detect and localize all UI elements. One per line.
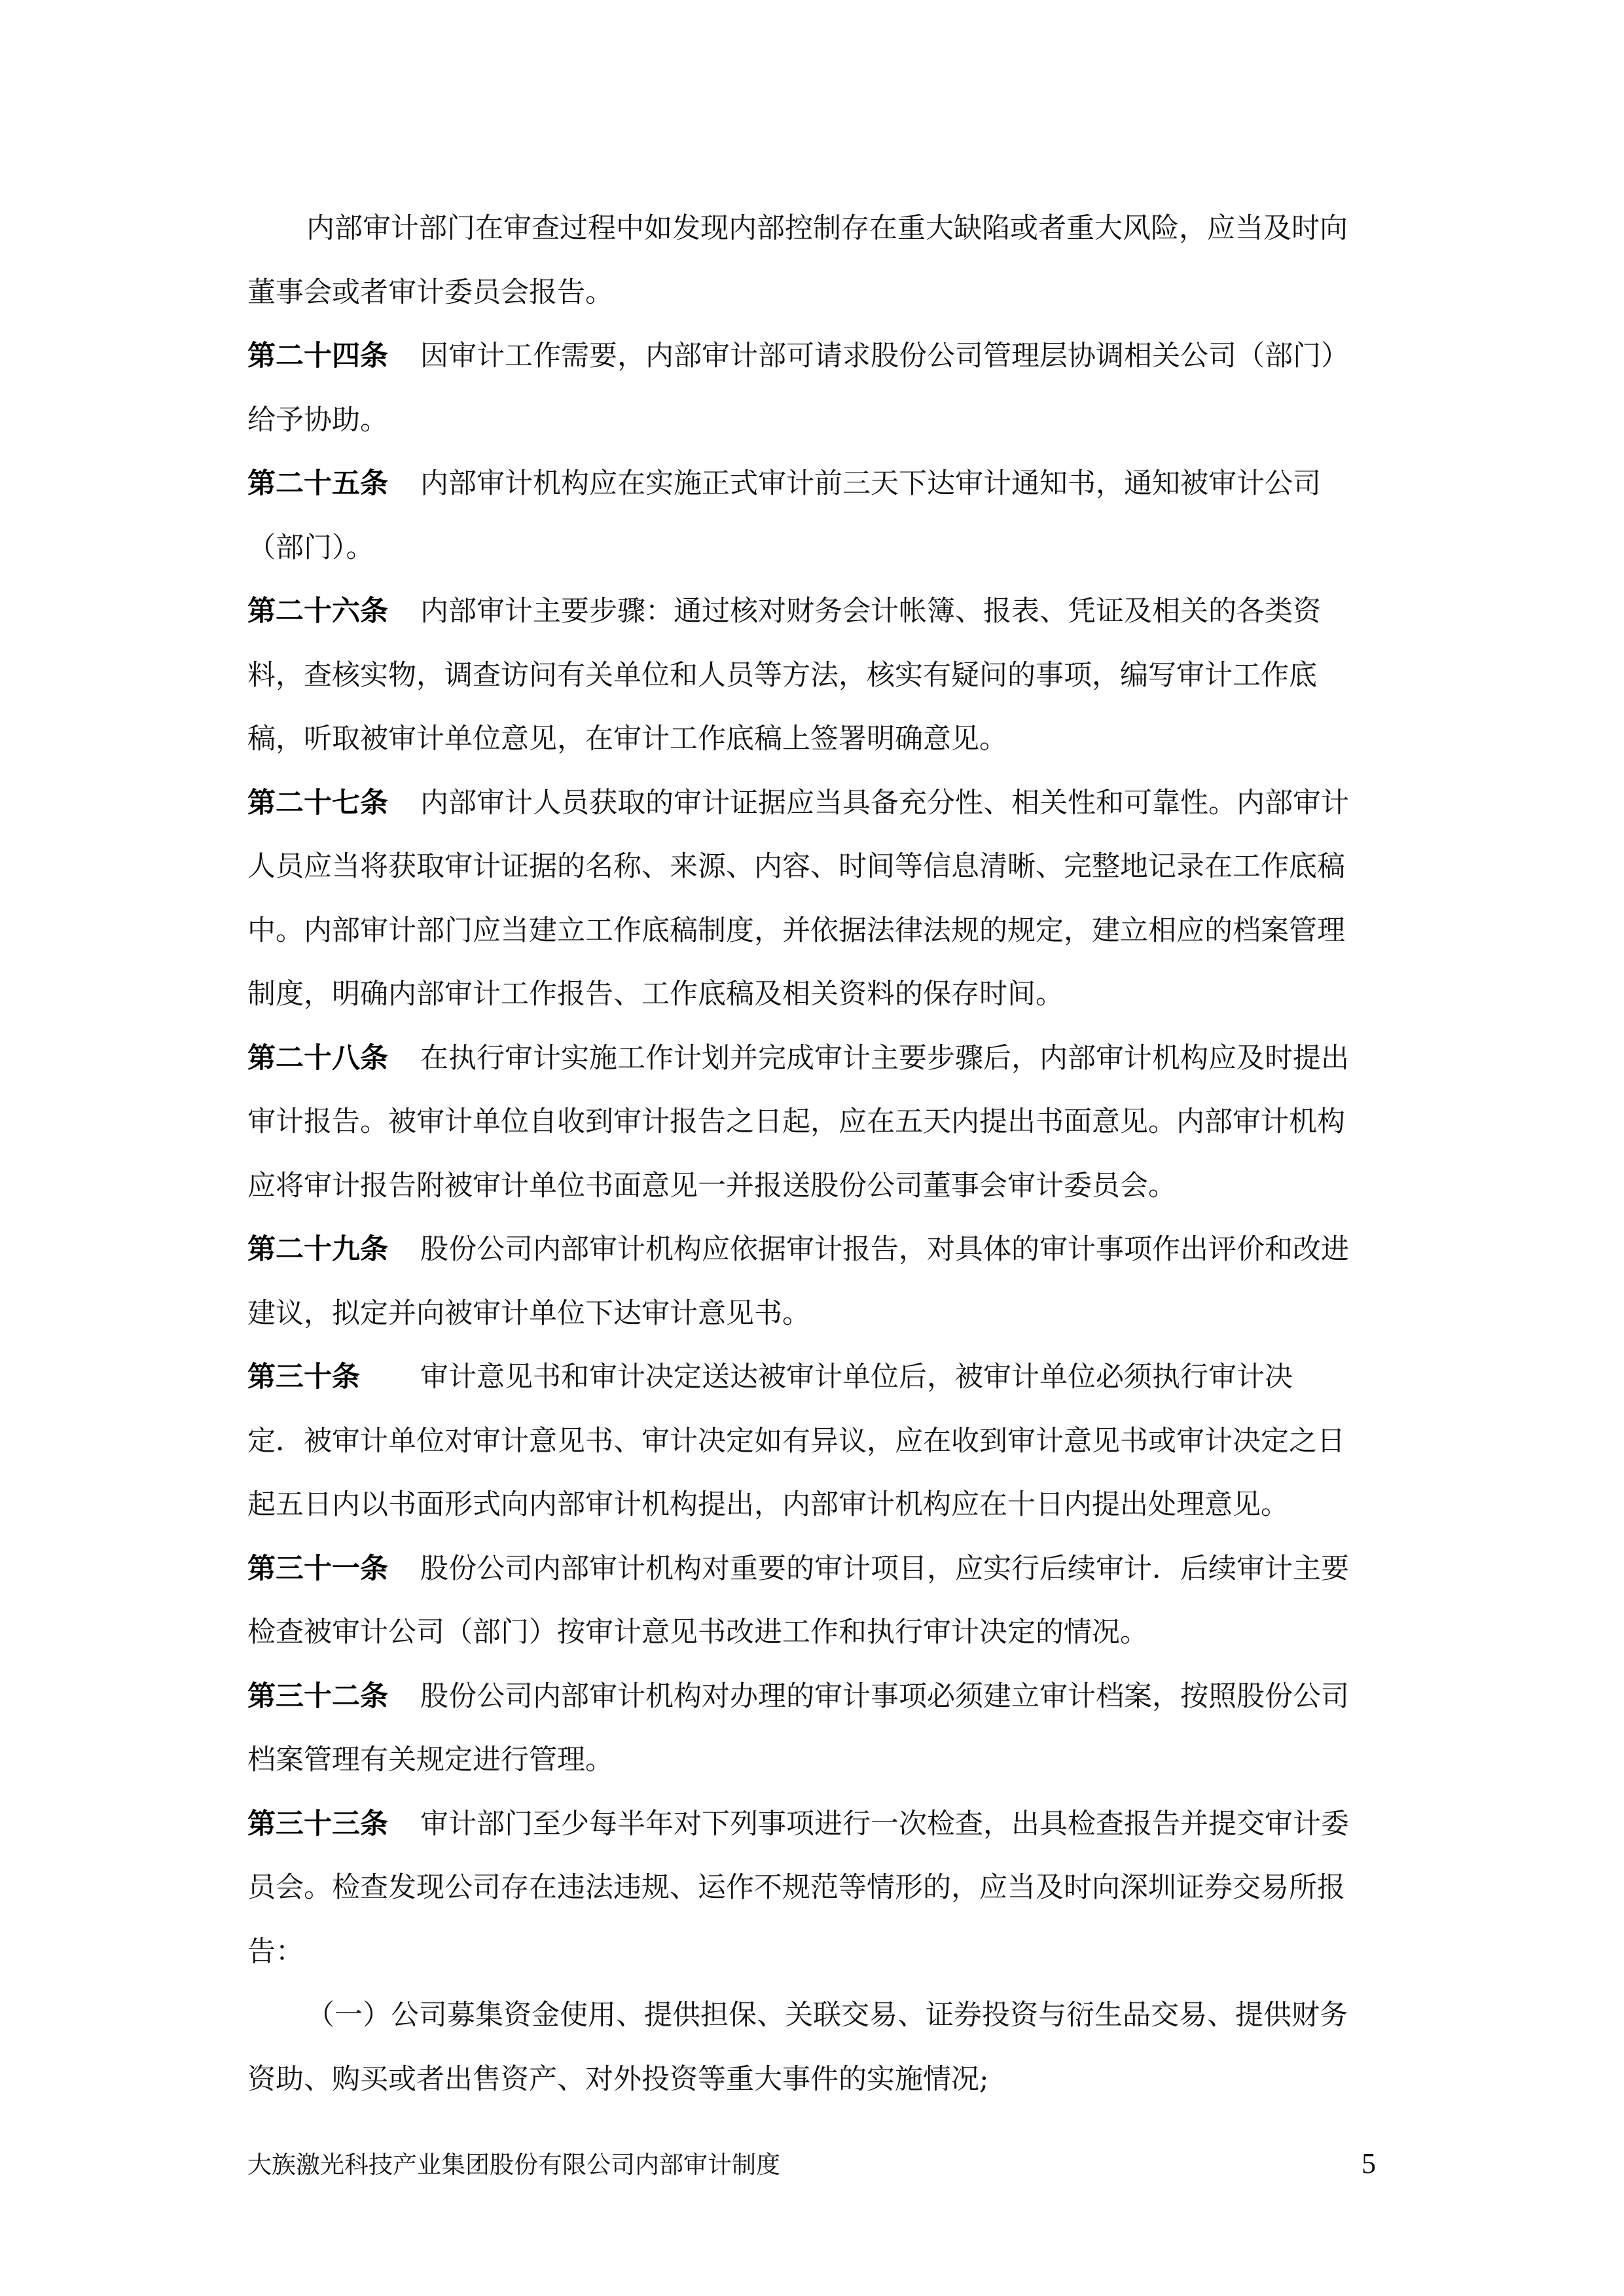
article-number-label: 第二十六条 <box>247 592 420 631</box>
article-line: 第二十九条股份公司内部审计机构应依据审计报告，对具体的审计事项作出评价和改进 <box>247 1230 1349 1269</box>
line-text: （一）公司募集资金使用、提供担保、关联交易、证券投资与衍生品交易、提供财务 <box>306 1999 1348 2032</box>
article-line: 第二十八条在执行审计实施工作计划并完成审计主要步骤后，内部审计机构应及时提出 <box>247 1039 1349 1078</box>
paragraph-line: 员会。检查发现公司存在违法违规、运作不规范等情形的，应当及时向深圳证券交易所报 <box>247 1868 1345 1907</box>
paragraph-line: 档案管理有关规定进行管理。 <box>247 1740 613 1780</box>
line-text: 审计报告。被审计单位自收到审计报告之日起，应在五天内提出书面意见。内部审计机构 <box>247 1105 1345 1138</box>
line-text: （部门）。 <box>247 531 374 564</box>
article-number-label: 第二十九条 <box>247 1230 420 1269</box>
article-line: 第二十六条内部审计主要步骤：通过核对财务会计帐簿、报表、凭证及相关的各类资 <box>247 592 1321 631</box>
paragraph-line: 定．被审计单位对审计意见书、审计决定如有异议，应在收到审计意见书或审计决定之日 <box>247 1422 1345 1461</box>
line-text: 内部审计部门在审查过程中如发现内部控制存在重大缺陷或者重大风险，应当及时向 <box>306 212 1348 245</box>
line-text: 告： <box>247 1935 304 1968</box>
article-line: 第三十条审计意见书和审计决定送达被审计单位后，被审计单位必须执行审计决 <box>247 1357 1293 1397</box>
article-line: 第二十四条因审计工作需要，内部审计部可请求股份公司管理层协调相关公司（部门） <box>247 336 1349 376</box>
paragraph-line: 中。内部审计部门应当建立工作底稿制度，并依据法律法规的规定，建立相应的档案管理 <box>247 911 1345 950</box>
line-text: 因审计工作需要，内部审计部可请求股份公司管理层协调相关公司（部门） <box>420 340 1349 372</box>
article-number-label: 第二十八条 <box>247 1039 420 1078</box>
line-text: 料，查核实物，调查访问有关单位和人员等方法，核实有疑问的事项，编写审计工作底 <box>247 659 1317 692</box>
line-text: 审计意见书和审计决定送达被审计单位后，被审计单位必须执行审计决 <box>420 1361 1293 1393</box>
line-text: 起五日内以书面形式向内部审计机构提出，内部审计机构应在十日内提出处理意见。 <box>247 1488 1289 1521</box>
article-number-label: 第二十七条 <box>247 783 420 823</box>
paragraph-line: 给予协助。 <box>247 401 388 440</box>
article-line: 第三十三条审计部门至少每半年对下列事项进行一次检查，出具检查报告并提交审计委 <box>247 1804 1349 1844</box>
paragraph-line: 稿，听取被审计单位意见，在审计工作底稿上签署明确意见。 <box>247 719 1007 759</box>
paragraph-first-line: 内部审计部门在审查过程中如发现内部控制存在重大缺陷或者重大风险，应当及时向 <box>306 209 1348 248</box>
article-line: 第二十五条内部审计机构应在实施正式审计前三天下达审计通知书，通知被审计公司 <box>247 464 1321 503</box>
article-number-label: 第二十五条 <box>247 464 420 503</box>
paragraph-line: 应将审计报告附被审计单位书面意见一并报送股份公司董事会审计委员会。 <box>247 1166 1176 1206</box>
line-text: 人员应当将获取审计证据的名称、来源、内容、时间等信息清晰、完整地记录在工作底稿 <box>247 850 1345 883</box>
paragraph-line: 料，查核实物，调查访问有关单位和人员等方法，核实有疑问的事项，编写审计工作底 <box>247 656 1317 695</box>
line-text: 股份公司内部审计机构对办理的审计事项必须建立审计档案，按照股份公司 <box>420 1680 1349 1713</box>
line-text: 检查被审计公司（部门）按审计意见书改进工作和执行审计决定的情况。 <box>247 1616 1148 1649</box>
line-text: 档案管理有关规定进行管理。 <box>247 1744 613 1776</box>
line-text: 内部审计机构应在实施正式审计前三天下达审计通知书，通知被审计公司 <box>420 467 1321 500</box>
article-number-label: 第三十一条 <box>247 1549 420 1588</box>
document-page: 内部审计部门在审查过程中如发现内部控制存在重大缺陷或者重大风险，应当及时向董事会… <box>0 0 1624 2296</box>
paragraph-line: 制度，明确内部审计工作报告、工作底稿及相关资料的保存时间。 <box>247 975 1064 1014</box>
line-text: 内部审计主要步骤：通过核对财务会计帐簿、报表、凭证及相关的各类资 <box>420 595 1321 628</box>
paragraph-line: 起五日内以书面形式向内部审计机构提出，内部审计机构应在十日内提出处理意见。 <box>247 1485 1289 1524</box>
line-text: 股份公司内部审计机构对重要的审计项目，应实行后续审计．后续审计主要 <box>420 1552 1349 1585</box>
article-number-label: 第三十条 <box>247 1357 420 1397</box>
line-text: 建议，拟定并向被审计单位下达审计意见书。 <box>247 1297 810 1330</box>
line-text: 审计部门至少每半年对下列事项进行一次检查，出具检查报告并提交审计委 <box>420 1808 1349 1840</box>
article-number-label: 第三十二条 <box>247 1677 420 1716</box>
line-text: 给予协助。 <box>247 404 388 437</box>
line-text: 内部审计人员获取的审计证据应当具备充分性、相关性和可靠性。内部审计 <box>420 787 1349 819</box>
article-number-label: 第二十四条 <box>247 336 420 376</box>
line-text: 定．被审计单位对审计意见书、审计决定如有异议，应在收到审计意见书或审计决定之日 <box>247 1425 1345 1458</box>
paragraph-line: 人员应当将获取审计证据的名称、来源、内容、时间等信息清晰、完整地记录在工作底稿 <box>247 847 1345 886</box>
article-line: 第三十二条股份公司内部审计机构对办理的审计事项必须建立审计档案，按照股份公司 <box>247 1677 1349 1716</box>
line-text: 资助、购买或者出售资产、对外投资等重大事件的实施情况; <box>247 2063 989 2096</box>
article-line: 第二十七条内部审计人员获取的审计证据应当具备充分性、相关性和可靠性。内部审计 <box>247 783 1349 823</box>
footer-title: 大族激光科技产业集团股份有限公司内部审计制度 <box>247 2147 780 2183</box>
paragraph-first-line: （一）公司募集资金使用、提供担保、关联交易、证券投资与衍生品交易、提供财务 <box>306 1996 1348 2035</box>
paragraph-line: 检查被审计公司（部门）按审计意见书改进工作和执行审计决定的情况。 <box>247 1613 1148 1652</box>
line-text: 在执行审计实施工作计划并完成审计主要步骤后，内部审计机构应及时提出 <box>420 1042 1349 1075</box>
paragraph-line: 董事会或者审计委员会报告。 <box>247 273 613 312</box>
page-number: 5 <box>1362 2145 1376 2182</box>
line-text: 应将审计报告附被审计单位书面意见一并报送股份公司董事会审计委员会。 <box>247 1170 1176 1202</box>
paragraph-line: 告： <box>247 1932 304 1971</box>
line-text: 稿，听取被审计单位意见，在审计工作底稿上签署明确意见。 <box>247 723 1007 755</box>
paragraph-line: 建议，拟定并向被审计单位下达审计意见书。 <box>247 1294 810 1333</box>
article-line: 第三十一条股份公司内部审计机构对重要的审计项目，应实行后续审计．后续审计主要 <box>247 1549 1349 1588</box>
line-text: 制度，明确内部审计工作报告、工作底稿及相关资料的保存时间。 <box>247 978 1064 1011</box>
paragraph-line: （部门）。 <box>247 528 374 567</box>
paragraph-line: 审计报告。被审计单位自收到审计报告之日起，应在五天内提出书面意见。内部审计机构 <box>247 1102 1345 1141</box>
line-text: 股份公司内部审计机构应依据审计报告，对具体的审计事项作出评价和改进 <box>420 1233 1349 1266</box>
article-number-label: 第三十三条 <box>247 1804 420 1844</box>
line-text: 员会。检查发现公司存在违法违规、运作不规范等情形的，应当及时向深圳证券交易所报 <box>247 1871 1345 1904</box>
line-text: 董事会或者审计委员会报告。 <box>247 276 613 309</box>
paragraph-line: 资助、购买或者出售资产、对外投资等重大事件的实施情况; <box>247 2060 989 2099</box>
line-text: 中。内部审计部门应当建立工作底稿制度，并依据法律法规的规定，建立相应的档案管理 <box>247 914 1345 947</box>
